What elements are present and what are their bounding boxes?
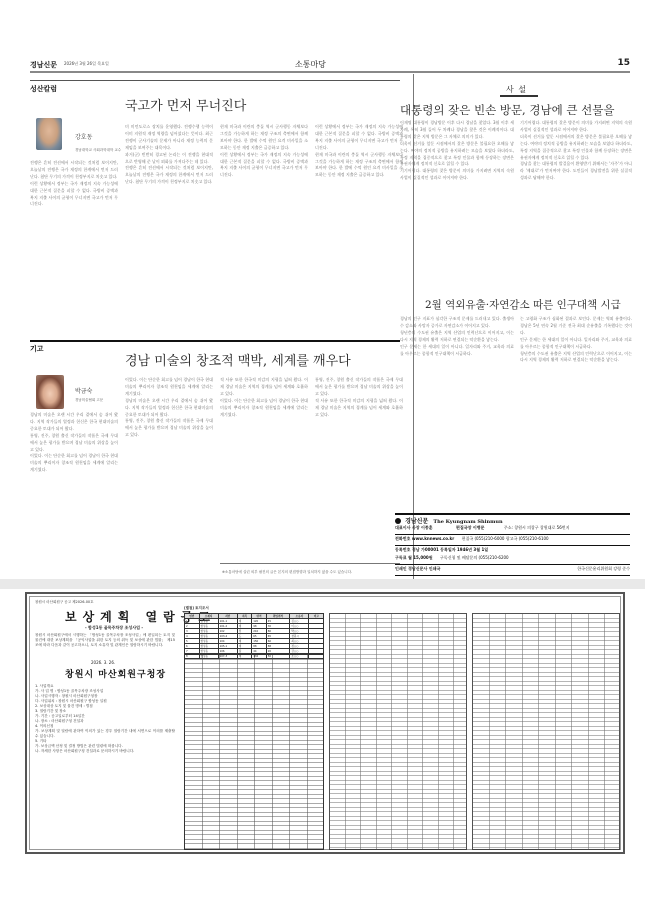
editorial-text-col2: 기기어렵다. 대통령의 잦은 방문이 의미를 가지려면 지역의 숙원 사업이 실… xyxy=(520,120,632,295)
contribution-headline: 경남 미술의 창조적 맥박, 세계를 깨우다 xyxy=(125,350,351,369)
credits-line: 등록번호 경남 가00001 등록일자 1946년 3월 1일 xyxy=(395,547,630,555)
section-rule xyxy=(30,340,400,342)
author-photo xyxy=(36,375,64,409)
editorial-underline xyxy=(500,95,538,97)
credits-line: 인쇄인 경남신문사 인쇄국 한국신문윤리위원회 강령 준수 xyxy=(395,566,630,574)
credits-top-rule xyxy=(395,513,630,515)
contribution-text-col1: 경남의 미술은 오랜 시간 우리 곁에서 숨 쉬어 왔다. 지역 작가들의 열정… xyxy=(30,412,118,574)
contribution-section-label: 기고 xyxy=(30,344,44,354)
editorial2-text-col2: 는 고령화 구조가 심화된 결과로 보인다. 문제는 역외 유출이다. 경남은 … xyxy=(520,316,632,508)
section-title: 소통마당 xyxy=(295,59,326,70)
public-notice-ad: 창원시 마산회원구 공고 제2026-00호 보상계획 열람공고 - 합성1동 … xyxy=(25,592,625,854)
column-text-col1: 전쟁은 흔히 전선에서 시작되는 것처럼 보이지만, 오늘날의 전쟁은 국가 재… xyxy=(30,160,118,320)
table-grid-right-1 xyxy=(329,613,467,850)
notice-issuer: 창원시 마산회원구청장 xyxy=(65,667,166,680)
footnote-rule xyxy=(220,563,400,564)
notice-body: 창원시 마산회원구에서 시행하는 「합성1동 골목주차장 조성사업」에 편입되는… xyxy=(35,633,175,659)
credits-line: 대표이사 사장 이종훈 편집국장 이병문 주소: 창원시 의창구 창원대로 56… xyxy=(395,525,630,533)
credits-bottom-rule xyxy=(395,575,630,576)
page-divider-band xyxy=(0,579,645,589)
credits-logo: 경남신문 The Kyungnam Shinmun xyxy=(395,516,503,525)
disclaimer-footnote: ※소통마당에 실린 외부 필진의 글은 본지의 편집방향과 일치하지 않을 수도… xyxy=(222,570,352,575)
editorial-text-col1: 이재명 대통령이 경남방문 이후 다시 경남을 찾았다. 3월 이후 세 차례,… xyxy=(400,120,514,295)
column-section-label: 성산칼럼 xyxy=(30,84,57,94)
contribution-text-col4: 통영, 진주, 창원 출신 작가들의 작품은 국제 무대에서 높은 평가를 받으… xyxy=(315,377,403,547)
page-number: 15 xyxy=(617,58,630,68)
credits-line: 구독료 월 15,000원 구독신청 및 배달문의 (055)210-6200 xyxy=(395,555,630,563)
credits-line: 전화번호 www.knnews.co.kr 편집국 (055)210-6000 … xyxy=(395,536,630,544)
table-title: [별첨] 토지조서 xyxy=(184,606,209,611)
author-title: 경남대학교 사회과학대학 교수 xyxy=(75,148,130,153)
column-text-col2: 미 미언도로스 장치를 운영했다. 전쟁수행 능력이 이미 지원적 재정 역량을… xyxy=(125,124,213,320)
section-rule xyxy=(30,80,400,81)
land-registry-table: 연번 소재지 지번 지목 면적 편입면적 소유자 비고 1합성동101-1대12… xyxy=(184,613,324,659)
newspaper-name: 경남신문 xyxy=(30,60,57,70)
masthead-rule xyxy=(30,71,630,73)
notice-sections: 1. 사업개요 가. 사 업 명 : 합성1동 골목주차장 조성사업 나. 사업… xyxy=(35,684,175,852)
editorial2-headline: 2월 역외유출·자연감소 따른 인구대책 시급 xyxy=(425,297,635,312)
credits-rule xyxy=(395,545,630,546)
column-headline: 국고가 먼저 무너진다 xyxy=(125,95,246,114)
contribution-text-col3: 적 사유 또한 한국적 미감의 지평을 넓혀 왔다. 이제 경남 미술은 지역의… xyxy=(220,377,308,557)
contribution-text-col2: 이었다. 이는 단순한 회고를 넘어 경남이 한국 현대미술의 뿌리이자 창조적… xyxy=(125,377,213,574)
masthead: 경남신문 2026년 3월 26일 목요일 소통마당 15 xyxy=(30,60,630,72)
column-text-col4: 이런 상황에서 정부는 국가 재정의 지속 가능성에 대한 근본적 질문을 피할… xyxy=(315,124,403,320)
editorial-label: 사 설 xyxy=(506,84,527,95)
table-grid-continuation xyxy=(184,654,324,850)
notice-reference: 창원시 마산회원구 공고 제2026-00호 xyxy=(35,600,94,605)
issue-date: 2026년 3월 26일 목요일 xyxy=(64,61,109,67)
author-name: 강호동 xyxy=(75,132,92,141)
credits-rule xyxy=(395,564,630,565)
author-title: 경남미술협회 고문 xyxy=(75,398,130,403)
notice-date: 2026. 3. 26. xyxy=(91,660,115,665)
table-grid-right-2 xyxy=(472,613,620,850)
credits-rule xyxy=(395,534,630,535)
column-text-col3: 현재 미국과 이란의 충돌 역시 군사행동 자체보다 그것을 가능하게 하는 재… xyxy=(220,124,308,320)
notice-subtitle: - 합성1동 골목주차장 조성사업 - xyxy=(85,625,143,631)
author-photo xyxy=(36,118,62,150)
author-name: 박금숙 xyxy=(75,386,92,395)
publisher-credits: 경남신문 The Kyungnam Shinmun 대표이사 사장 이종훈 편집… xyxy=(395,513,630,579)
logo-emblem-icon xyxy=(395,518,401,524)
editorial-headline: 대통령의 잦은 빈손 방문, 경남에 큰 선물을 xyxy=(400,102,635,118)
editorial2-text-col1: 경남의 인구 지표가 심각한 구조적 문제를 드러내고 있다. 출생아 수 감소… xyxy=(400,316,514,508)
